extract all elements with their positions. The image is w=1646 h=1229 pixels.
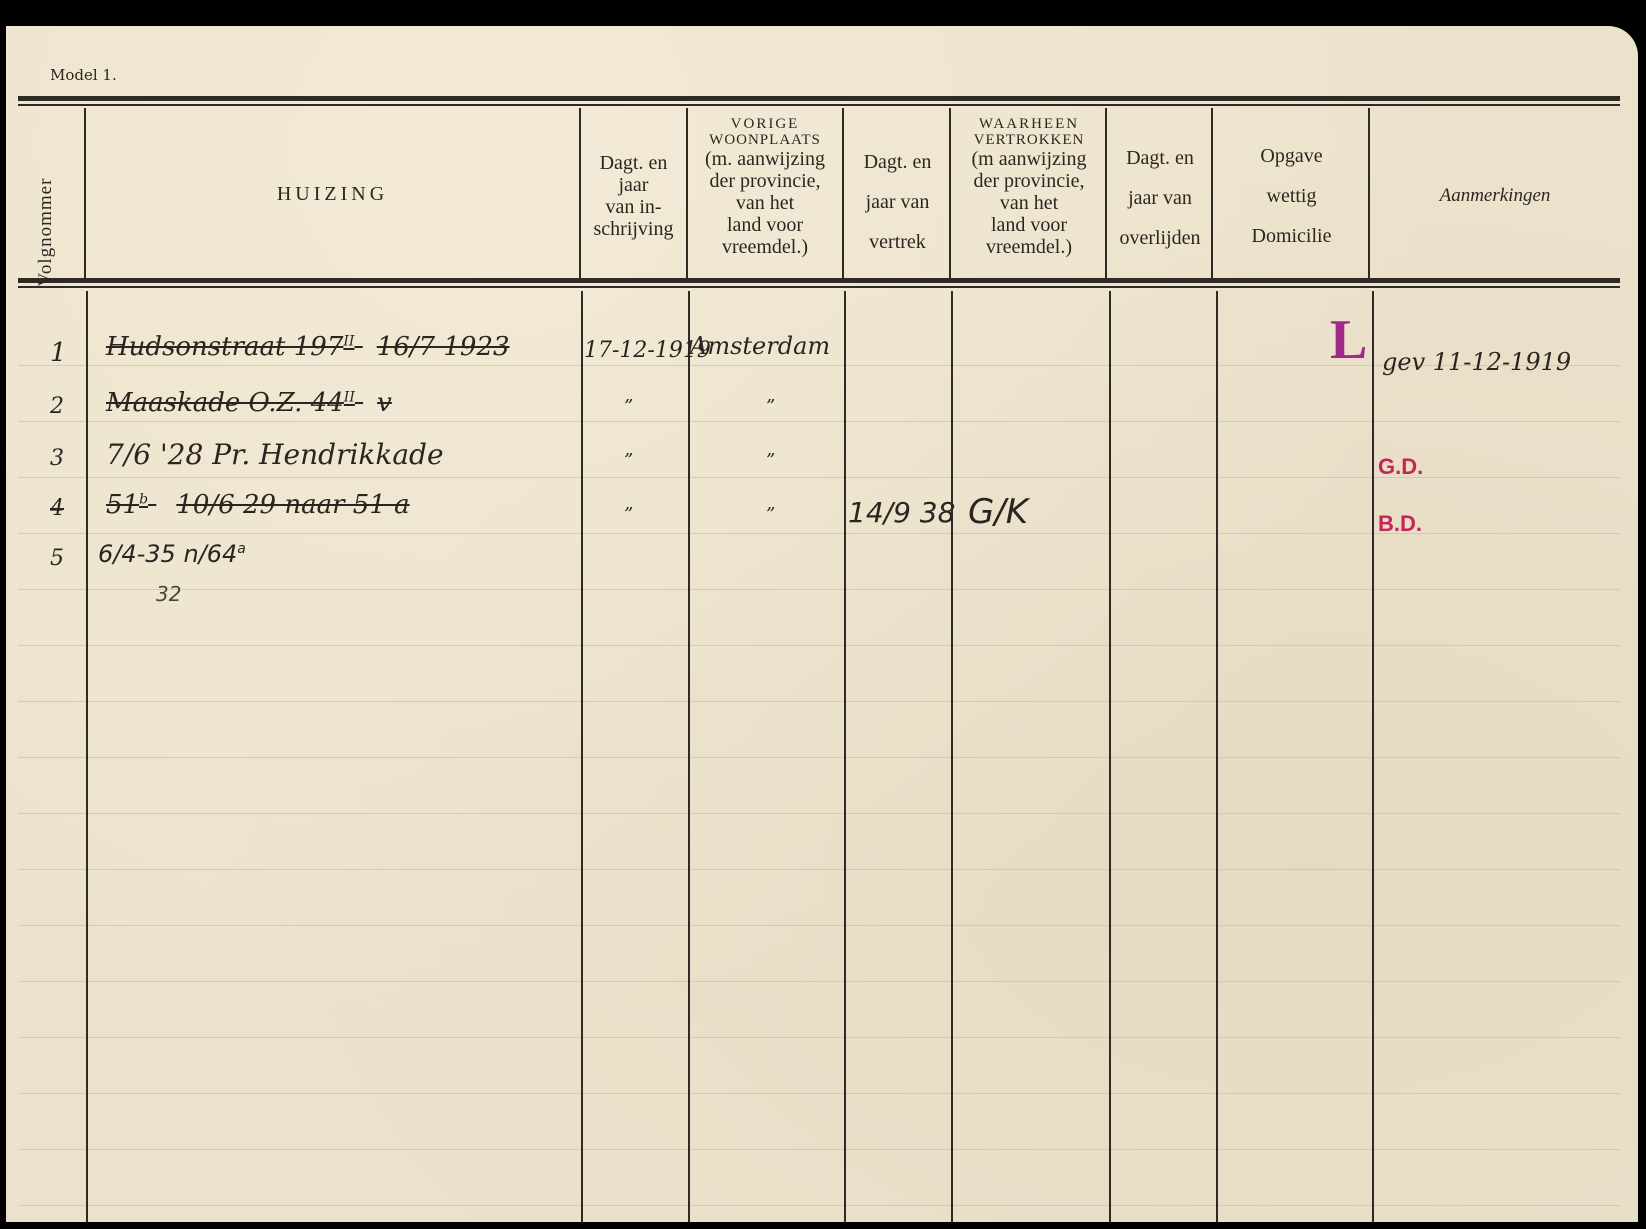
ruled-line (18, 925, 1620, 926)
ruled-line (18, 589, 1620, 590)
row-4-vertrek: 14/9 38 (848, 496, 955, 529)
ruled-line (18, 421, 1620, 422)
row-4-waarheen: G/K (968, 492, 1028, 532)
row-2-inschrijving: ” (624, 396, 633, 417)
row-5-number: 5 (50, 546, 64, 571)
row-5-note: 32 (156, 582, 181, 606)
row-4-huizing: 51b 10/6 29 naar 51 a (106, 490, 410, 520)
ruled-line (18, 645, 1620, 646)
row-3-inschrijving: ” (624, 450, 633, 471)
header-bottom-rule (18, 278, 1620, 283)
row-1-huizing: Hudsonstraat 197II 16/7 1923 (106, 332, 510, 362)
row-3-vorige-woonplaats: ” (766, 450, 775, 471)
row-3-huizing: 7/6 '28 Pr. Hendrikkade (106, 438, 444, 471)
row-4-inschrijving: ” (624, 504, 633, 525)
header-aanmerkingen: Aanmerkingen (1370, 184, 1620, 208)
ruled-line (18, 365, 1620, 366)
header-vertrek: Dagt. en jaar van vertrek (844, 142, 951, 262)
header-overlijden: Dagt. en jaar van overlijden (1107, 138, 1213, 258)
column-divider (951, 291, 953, 1222)
ruled-line (18, 1093, 1620, 1094)
ruled-line (18, 981, 1620, 982)
row-2-vorige-woonplaats: ” (766, 396, 775, 417)
header-domicilie: Opgave wettig Domicilie (1213, 136, 1370, 256)
column-divider (844, 291, 846, 1222)
row-2-number: 2 (50, 394, 64, 419)
column-divider (1216, 291, 1218, 1222)
header-top-rule-thin (18, 104, 1620, 106)
ruled-line (18, 701, 1620, 702)
row-4-vorige-woonplaats: ” (766, 504, 775, 525)
column-divider (86, 291, 88, 1222)
ruled-line (18, 869, 1620, 870)
model-label: Model 1. (50, 66, 117, 84)
column-divider (581, 291, 583, 1222)
row-1-number: 1 (50, 338, 67, 368)
header-top-rule (18, 96, 1620, 101)
birth-note: gev 11-12-1919 (1382, 348, 1571, 376)
column-divider (1109, 291, 1111, 1222)
row-5-huizing: 6/4-35 n/64a (98, 540, 246, 568)
header-vorige-woonplaats: VORIGE WOONPLAATS (m. aanwijzing der pro… (688, 116, 842, 258)
stamp-bd: B.D. (1378, 511, 1422, 537)
register-card: Model 1. Volgnommer HUIZING Dagt. en jaa… (6, 26, 1638, 1222)
row-3-number: 3 (50, 446, 64, 471)
column-divider (1372, 291, 1374, 1222)
header-inschrijving: Dagt. en jaar van in- schrijving (581, 152, 686, 240)
row-2-huizing: Maaskade O.Z. 44II v (106, 388, 392, 418)
stamp-gd: G.D. (1378, 454, 1423, 480)
ruled-line (18, 1037, 1620, 1038)
row-4-number: 4 (50, 496, 64, 521)
header-volgnummer: Volgnommer (28, 154, 64, 309)
column-divider (688, 291, 690, 1222)
ruled-line (18, 813, 1620, 814)
header-bottom-rule-thin (18, 286, 1620, 288)
header-waarheen-vertrokken: WAARHEEN VERTROKKEN (m aanwijzing der pr… (951, 116, 1107, 258)
row-1-vorige-woonplaats: Amsterdam (690, 332, 830, 360)
header-huizing: HUIZING (86, 182, 579, 206)
stamp-l: L (1330, 308, 1367, 372)
ruled-line (18, 1205, 1620, 1206)
ruled-line (18, 757, 1620, 758)
ruled-line (18, 1149, 1620, 1150)
